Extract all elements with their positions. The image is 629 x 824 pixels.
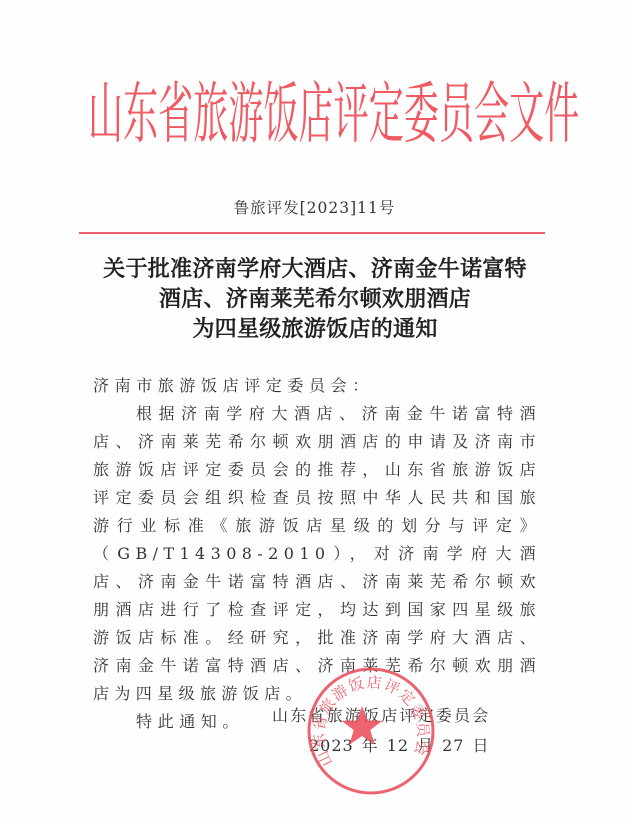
date-day: 27 [442,736,464,755]
notice-body: 济南市旅游饭店评定委员会： 根据济南学府大酒店、济南金牛诺富特酒店、济南莱芜希尔… [93,372,541,736]
issuer-header: 山东省旅游饭店评定委员会文件 [88,72,543,144]
issuer-title: 山东省旅游饭店评定委员会文件 [88,72,363,155]
title-line: 为四星级旅游饭店的通知 [80,314,550,344]
document-page: 山东省旅游饭店评定委员会文件 鲁旅评发[2023]11号 关于批准济南学府大酒店… [0,0,629,824]
addressee: 济南市旅游饭店评定委员会： [93,372,541,400]
red-divider [79,232,545,234]
title-line: 酒店、济南莱芜希尔顿欢朋酒店 [80,284,550,314]
issue-date: 2023年12月27日 [305,733,493,756]
date-month-unit: 月 [417,736,434,755]
date-day-unit: 日 [472,736,489,755]
body-paragraph: 根据济南学府大酒店、济南金牛诺富特酒店、济南莱芜希尔顿欢朋酒店的申请及济南市旅游… [93,400,541,708]
signatory: 山东省旅游饭店评定委员会 [272,703,490,726]
date-month: 12 [387,736,409,755]
notice-title: 关于批准济南学府大酒店、济南金牛诺富特 酒店、济南莱芜希尔顿欢朋酒店 为四星级旅… [80,254,550,344]
date-year: 2023 [309,736,354,755]
title-line: 关于批准济南学府大酒店、济南金牛诺富特 [80,254,550,284]
date-year-unit: 年 [362,736,379,755]
document-number: 鲁旅评发[2023]11号 [0,196,629,218]
